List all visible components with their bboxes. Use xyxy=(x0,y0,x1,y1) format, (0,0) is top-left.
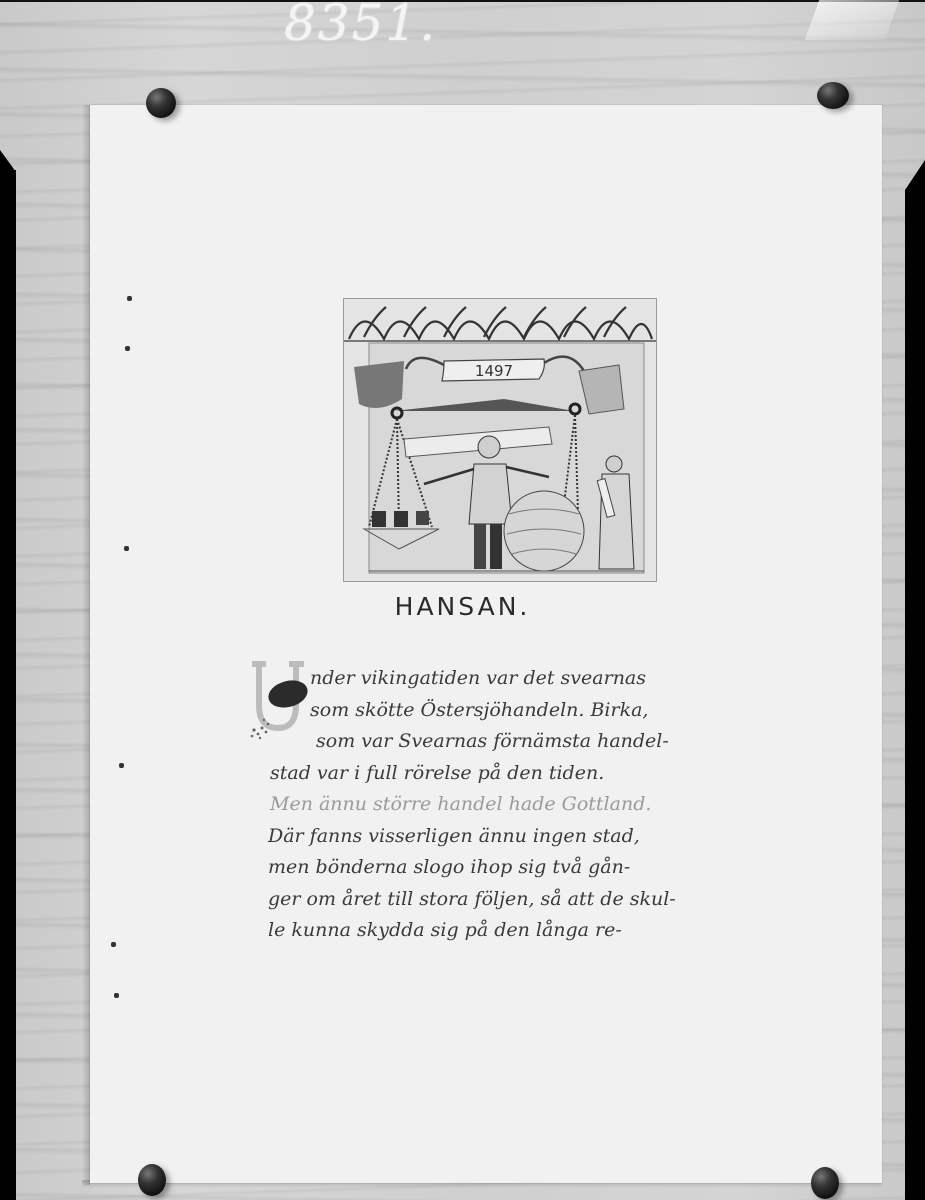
text-line-4: stad var i full rörelse på den tiden. xyxy=(262,758,802,790)
archive-number: 8351. xyxy=(284,0,437,52)
punch-hole xyxy=(127,296,132,301)
punch-hole xyxy=(111,942,116,947)
pencil-illustration: 1497 xyxy=(343,298,657,582)
text-line-9: le kunna skydda sig på den långa re- xyxy=(262,915,802,947)
frame-corner-right xyxy=(905,160,925,190)
tape-mark xyxy=(805,0,900,40)
pushpin-icon xyxy=(146,88,176,118)
merchant-scale-drawing: 1497 xyxy=(344,299,656,581)
handwritten-page xyxy=(90,105,882,1183)
punch-hole xyxy=(114,993,119,998)
banner-year: 1497 xyxy=(475,362,513,380)
frame-edge-top xyxy=(0,0,925,2)
paper-shadow-left xyxy=(82,105,90,1185)
text-line-1: nder vikingatiden var det svearnas xyxy=(262,663,802,695)
frame-edge-left xyxy=(0,170,16,1200)
pushpin-icon xyxy=(811,1167,839,1199)
punch-hole xyxy=(125,346,130,351)
text-line-2: som skötte Östersjöhandeln. Birka, xyxy=(262,695,802,727)
text-line-3: som var Svearnas förnämsta handel- xyxy=(262,726,802,758)
frame-corner-left xyxy=(0,150,16,172)
text-line-5: Men ännu större handel hade Gottland. xyxy=(262,789,802,821)
punch-hole xyxy=(124,546,129,551)
page-title: HANSAN. xyxy=(0,592,925,621)
frame-edge-right xyxy=(905,190,925,1200)
pushpin-icon xyxy=(138,1164,166,1196)
text-line-7: men bönderna slogo ihop sig två gån- xyxy=(262,852,802,884)
pushpin-icon xyxy=(817,82,849,109)
punch-hole xyxy=(119,763,124,768)
text-line-8: ger om året till stora följen, så att de… xyxy=(262,884,802,916)
text-line-6: Där fanns visserligen ännu ingen stad, xyxy=(262,821,802,853)
handwritten-body: nder vikingatiden var det svearnas som s… xyxy=(262,663,802,947)
